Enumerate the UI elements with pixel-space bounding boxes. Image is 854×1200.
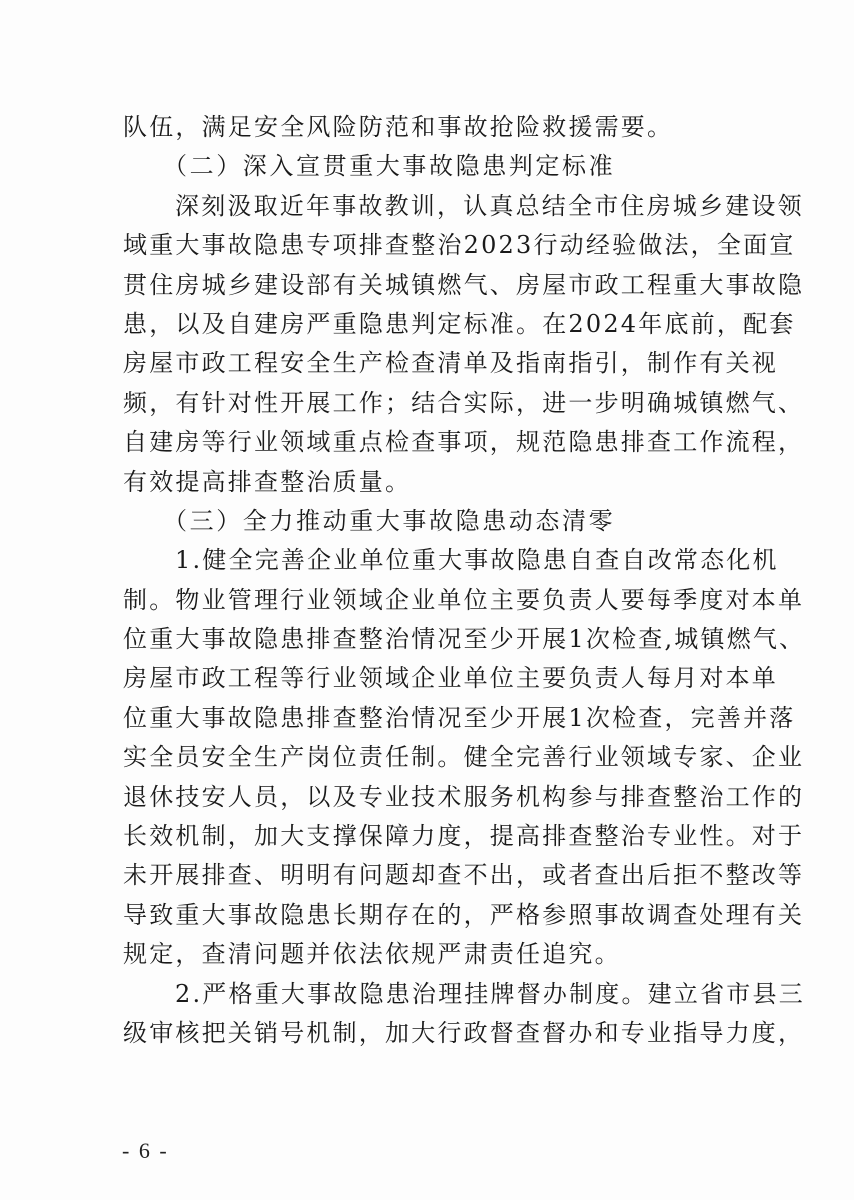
paragraph-line: 导致重大事故隐患长期存在的，严格参照事故调查处理有关 (123, 896, 718, 935)
paragraph-line: 制。物业管理行业领域企业单位主要负责人要每季度对本单 (123, 581, 718, 620)
document-page: 队伍，满足安全风险防范和事故抢险救援需要。 （二）深入宣贯重大事故隐患判定标准 … (0, 0, 854, 1200)
paragraph-line: 深刻汲取近年事故教训，认真总结全市住房城乡建设领 (123, 187, 718, 226)
paragraph-line: 域重大事故隐患专项排查整治2023行动经验做法，全面宣 (123, 226, 718, 265)
paragraph-line: 1.健全完善企业单位重大事故隐患自查自改常态化机 (123, 541, 718, 580)
paragraph-line: 房屋市政工程等行业领域企业单位主要负责人每月对本单 (123, 659, 718, 698)
paragraph-line: 级审核把关销号机制，加大行政督查督办和专业指导力度， (123, 1014, 718, 1053)
paragraph-line: 实全员安全生产岗位责任制。健全完善行业领域专家、企业 (123, 738, 718, 777)
paragraph-line: 2.严格重大事故隐患治理挂牌督办制度。建立省市县三 (123, 975, 718, 1014)
page-number: - 6 - (122, 1138, 169, 1164)
paragraph-line: 患，以及自建房严重隐患判定标准。在2024年底前，配套 (123, 305, 718, 344)
document-body: 队伍，满足安全风险防范和事故抢险救援需要。 （二）深入宣贯重大事故隐患判定标准 … (123, 108, 718, 1053)
paragraph-line: 频，有针对性开展工作；结合实际，进一步明确城镇燃气、 (123, 384, 718, 423)
paragraph-line: 有效提高排查整治质量。 (123, 463, 718, 502)
paragraph-line: 队伍，满足安全风险防范和事故抢险救援需要。 (123, 108, 718, 147)
section-heading-3: （三）全力推动重大事故隐患动态清零 (123, 502, 718, 541)
paragraph-line: 未开展排查、明明有问题却查不出，或者查出后拒不整改等 (123, 856, 718, 895)
paragraph-line: 规定，查清问题并依法依规严肃责任追究。 (123, 935, 718, 974)
section-heading-2: （二）深入宣贯重大事故隐患判定标准 (123, 147, 718, 186)
paragraph-line: 退休技安人员，以及专业技术服务机构参与排查整治工作的 (123, 778, 718, 817)
paragraph-line: 位重大事故隐患排查整治情况至少开展1次检查,城镇燃气、 (123, 620, 718, 659)
paragraph-line: 位重大事故隐患排查整治情况至少开展1次检查，完善并落 (123, 699, 718, 738)
paragraph-line: 贯住房城乡建设部有关城镇燃气、房屋市政工程重大事故隐 (123, 266, 718, 305)
paragraph-line: 房屋市政工程安全生产检查清单及指南指引，制作有关视 (123, 344, 718, 383)
paragraph-line: 自建房等行业领域重点检查事项，规范隐患排查工作流程， (123, 423, 718, 462)
paragraph-line: 长效机制，加大支撑保障力度，提高排查整治专业性。对于 (123, 817, 718, 856)
